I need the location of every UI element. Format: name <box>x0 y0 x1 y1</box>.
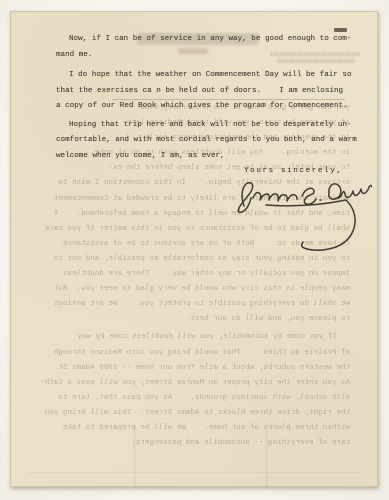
typed-line: that the exercises ca n be held out of d… <box>56 84 364 100</box>
letter-body: Now, if I can be of service in any way, … <box>56 32 364 180</box>
signature: Julius E. Olson <box>232 176 372 271</box>
typed-line: I do hope that the weather on Commenceme… <box>56 68 364 84</box>
fold-crease-left <box>134 426 135 487</box>
paragraph: I do hope that the weather on Commenceme… <box>56 68 364 115</box>
typed-line: a copy of our Red Book which gives the p… <box>56 99 364 115</box>
signature-stroke <box>302 188 316 204</box>
signature-flourish <box>266 200 355 250</box>
bleedthrough-line: of Prairie du Chien. That would bring yo… <box>36 346 350 361</box>
bleedthrough-line: care of everything -- automobile and pas… <box>36 436 350 451</box>
letter-paper: you can get a good room at the Universit… <box>10 11 378 487</box>
bleedthrough-line: As you enter the city proper on Monroe S… <box>36 376 350 391</box>
typed-line: welcome when you come, I am, as ever, <box>56 149 364 165</box>
typed-line: mand me. <box>56 48 364 64</box>
bleedthrough-line: If you come by automobile, you will doub… <box>36 330 350 345</box>
paragraph: Now, if I can be of service in any way, … <box>56 32 364 63</box>
bleedthrough-line: many people in this city who would be ve… <box>36 282 350 297</box>
signature-stroke <box>329 184 341 199</box>
bleedthrough-line: we shall do everything possible to prote… <box>36 297 350 312</box>
paragraph-list: Now, if I can be of service in any way, … <box>56 32 364 164</box>
paragraph: Hoping that trip here and back will not … <box>56 118 364 165</box>
bleedthrough-line: the western suburbs, about a mile from o… <box>36 361 350 376</box>
signature-stroke <box>253 193 297 201</box>
typed-line: Now, if I can be of service in any way, … <box>56 32 364 48</box>
typed-line: comfortable, and with most cordial regar… <box>56 133 364 149</box>
signature-stroke <box>238 183 252 213</box>
bleedthrough-line: olic school, with spacious grounds. As y… <box>36 391 350 406</box>
bleedthrough-line: within three blocks of our home. We will… <box>36 421 350 436</box>
bleedthrough-line: to please you, and will do our best. <box>36 312 350 327</box>
scanned-letter-photo: you can get a good room at the Universit… <box>0 0 389 500</box>
typed-line: Hoping that trip here and back will not … <box>56 118 364 134</box>
bleedthrough-block-2: If you come by automobile, you will doub… <box>36 330 350 451</box>
bleedthrough-line: the right, drive three blocks to Adams S… <box>36 406 350 421</box>
fold-crease-right <box>266 426 267 487</box>
fold-crease-horizontal <box>28 472 360 473</box>
